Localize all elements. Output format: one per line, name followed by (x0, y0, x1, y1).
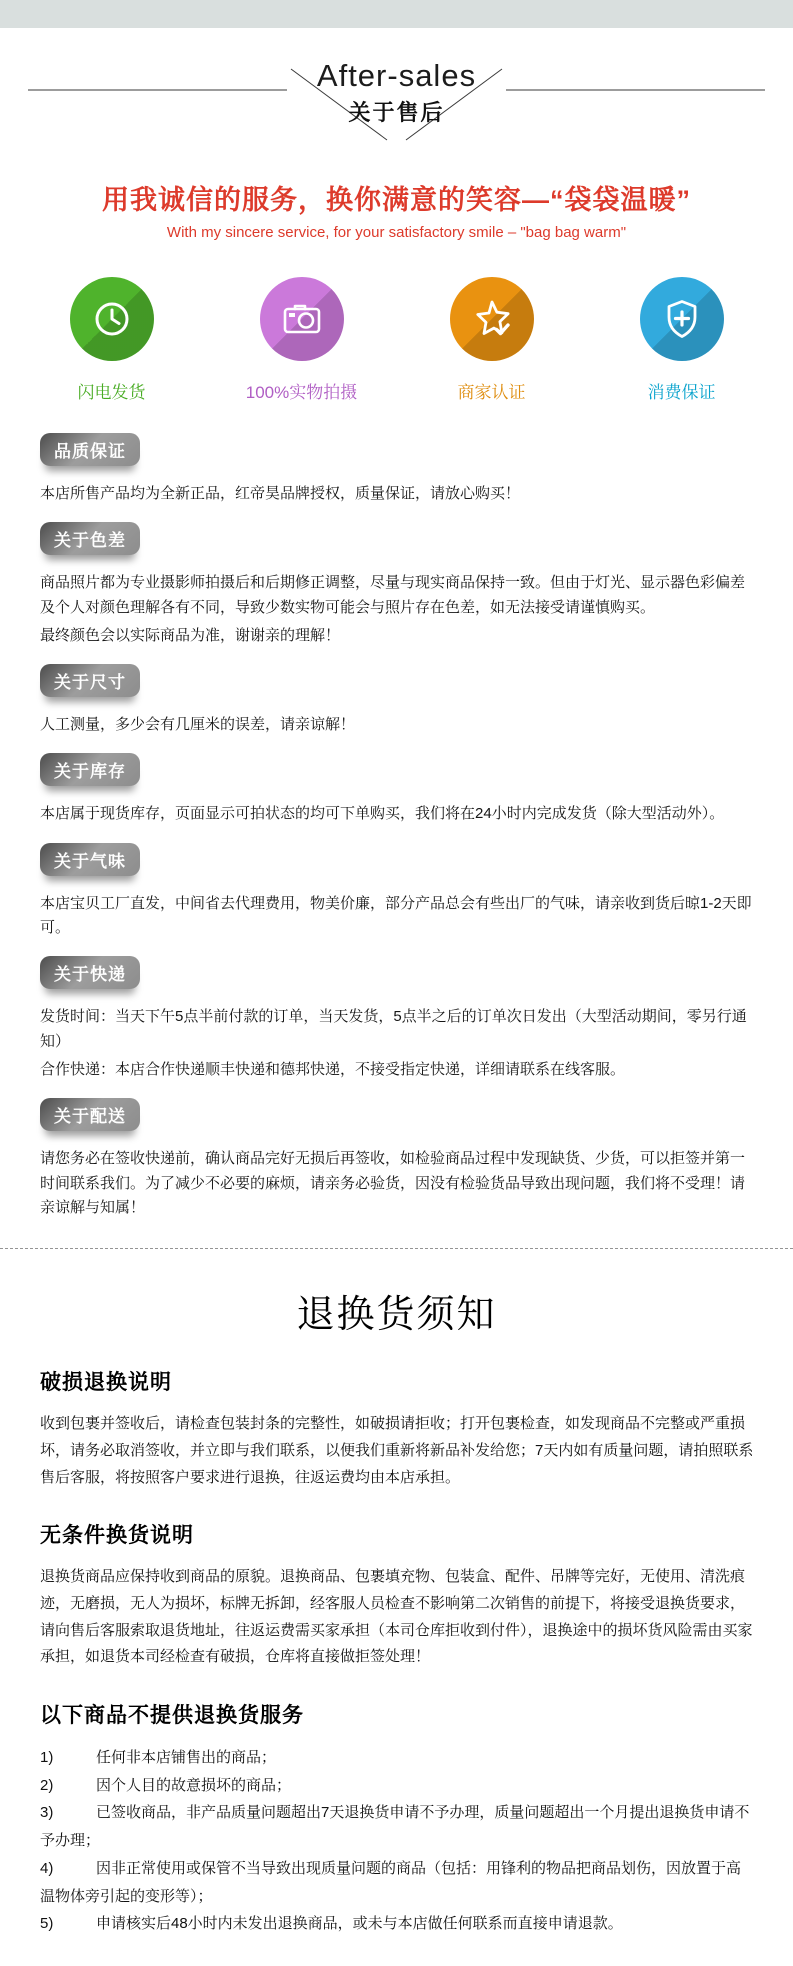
rule-text: 因个人目的故意损坏的商品； (96, 1777, 291, 1794)
hero-slogan: 用我诚信的服务，换你满意的笑容—“袋袋温暖” With my sincere s… (0, 178, 793, 241)
feature-label: 闪电发货 (78, 378, 146, 403)
header-title-zh: 关于售后 (0, 96, 793, 127)
policy-text: 商品照片都为专业摄影师拍摄后和后期修正调整，尽量与现实商品保持一致。但由于灯光、… (40, 571, 755, 620)
camera-icon (260, 277, 344, 361)
policy-text: 人工测量，多少会有几厘米的误差，请亲谅解！ (40, 713, 755, 737)
rule-text: 任何非本店铺售出的商品； (96, 1749, 276, 1766)
feature-circle (260, 277, 344, 361)
returns-title: 退换货须知 (0, 1283, 793, 1338)
policy-badge: 关于库存 (40, 753, 140, 786)
rule-text: 已签收商品，非产品质量问题超出7天退换货申请不予办理，质量问题超出一个月提出退换… (40, 1804, 749, 1849)
policy-text: 发货时间：当天下午5点半前付款的订单，当天发货，5点半之后的订单次日发出（大型活… (40, 1005, 755, 1054)
feature-label: 100%实物拍摄 (246, 378, 357, 403)
policy-text: 合作快递：本店合作快递顺丰快递和德邦快递，不接受指定快递，详细请联系在线客服。 (40, 1058, 755, 1082)
policy-section: 关于配送 请您务必在签收快递前，确认商品完好无损后再签收，如检验商品过程中发现缺… (40, 1098, 755, 1220)
policy-badge: 关于气味 (40, 843, 140, 876)
return-rule-item: 2)因个人目的故意损坏的商品； (40, 1772, 755, 1800)
return-rule-item: 5)申请核实后48小时内未发出退换商品，或未与本店做任何联系而直接申请退款。 (40, 1910, 755, 1938)
header-title-en: After-sales (0, 58, 793, 94)
rule-number: 1) (40, 1744, 96, 1772)
hero-subtitle: With my sincere service, for your satisf… (0, 224, 793, 241)
policy-text: 本店宝贝工厂直发，中间省去代理费用，物美价廉，部分产品总会有些出厂的气味，请亲收… (40, 892, 755, 941)
return-heading: 破损退换说明 (40, 1366, 755, 1396)
return-list: 1)任何非本店铺售出的商品； 2)因个人目的故意损坏的商品； 3)已签收商品，非… (40, 1744, 755, 1938)
policy-body: 商品照片都为专业摄影师拍摄后和后期修正调整，尽量与现实商品保持一致。但由于灯光、… (40, 571, 755, 648)
feature-item: 消费保证 (616, 277, 748, 403)
return-section: 无条件换货说明 退换货商品应保持收到商品的原貌。退换商品、包裹填充物、包装盒、配… (40, 1519, 755, 1671)
rule-number: 4) (40, 1855, 96, 1883)
policy-text: 最终颜色会以实际商品为准，谢谢亲的理解！ (40, 624, 755, 648)
policy-body: 本店属于现货库存，页面显示可拍状态的均可下单购买，我们将在24小时内完成发货（除… (40, 802, 755, 826)
policy-section: 关于库存 本店属于现货库存，页面显示可拍状态的均可下单购买，我们将在24小时内完… (40, 753, 755, 826)
return-section: 以下商品不提供退换货服务 1)任何非本店铺售出的商品； 2)因个人目的故意损坏的… (40, 1699, 755, 1938)
return-body: 收到包裹并签收后，请检查包装封条的完整性，如破损请拒收；打开包裹检查，如发现商品… (40, 1411, 755, 1491)
policy-section: 关于尺寸 人工测量，多少会有几厘米的误差，请亲谅解！ (40, 664, 755, 737)
policy-sections: 品质保证 本店所售产品均为全新正品，红帝昊品牌授权，质量保证，请放心购买！ 关于… (40, 433, 755, 1220)
return-body: 退换货商品应保持收到商品的原貌。退换商品、包裹填充物、包装盒、配件、吊牌等完好，… (40, 1564, 755, 1671)
policy-badge: 关于色差 (40, 522, 140, 555)
return-section: 破损退换说明 收到包裹并签收后，请检查包装封条的完整性，如破损请拒收；打开包裹检… (40, 1366, 755, 1491)
dashed-divider (0, 1248, 793, 1249)
feature-label: 商家认证 (458, 378, 526, 403)
policy-section: 关于快递 发货时间：当天下午5点半前付款的订单，当天发货，5点半之后的订单次日发… (40, 956, 755, 1082)
rule-text: 因非正常使用或保管不当导致出现质量问题的商品（包括：用锋利的物品把商品划伤，因放… (40, 1860, 741, 1905)
returns-sections: 破损退换说明 收到包裹并签收后，请检查包装封条的完整性，如破损请拒收；打开包裹检… (0, 1366, 793, 1938)
policy-badge: 关于配送 (40, 1098, 140, 1131)
feature-item: 100%实物拍摄 (236, 277, 368, 403)
policy-badge: 关于快递 (40, 956, 140, 989)
policy-body: 本店所售产品均为全新正品，红帝昊品牌授权，质量保证，请放心购买！ (40, 482, 755, 506)
policy-section: 关于气味 本店宝贝工厂直发，中间省去代理费用，物美价廉，部分产品总会有些出厂的气… (40, 843, 755, 941)
clock-icon (70, 277, 154, 361)
feature-circle (70, 277, 154, 361)
hero-title: 用我诚信的服务，换你满意的笑容—“袋袋温暖” (0, 178, 793, 217)
feature-item: 商家认证 (426, 277, 558, 403)
rule-number: 2) (40, 1772, 96, 1800)
top-bar (0, 0, 793, 28)
feature-row: 闪电发货 100%实物拍摄 商家认证 消费保证 (0, 277, 793, 403)
feature-circle (450, 277, 534, 361)
return-rule-item: 1)任何非本店铺售出的商品； (40, 1744, 755, 1772)
policy-body: 请您务必在签收快递前，确认商品完好无损后再签收，如检验商品过程中发现缺货、少货，… (40, 1147, 755, 1220)
policy-section: 品质保证 本店所售产品均为全新正品，红帝昊品牌授权，质量保证，请放心购买！ (40, 433, 755, 506)
return-rule-item: 4)因非正常使用或保管不当导致出现质量问题的商品（包括：用锋利的物品把商品划伤，… (40, 1855, 755, 1911)
shield-plus-icon (640, 277, 724, 361)
policy-text: 请您务必在签收快递前，确认商品完好无损后再签收，如检验商品过程中发现缺货、少货，… (40, 1147, 755, 1220)
feature-label: 消费保证 (648, 378, 716, 403)
feature-circle (640, 277, 724, 361)
after-sales-header: After-sales 关于售后 (0, 28, 793, 144)
return-heading: 以下商品不提供退换货服务 (40, 1699, 755, 1729)
policy-section: 关于色差 商品照片都为专业摄影师拍摄后和后期修正调整，尽量与现实商品保持一致。但… (40, 522, 755, 648)
policy-body: 发货时间：当天下午5点半前付款的订单，当天发货，5点半之后的订单次日发出（大型活… (40, 1005, 755, 1082)
rule-text: 申请核实后48小时内未发出退换商品，或未与本店做任何联系而直接申请退款。 (96, 1915, 623, 1932)
policy-text: 本店所售产品均为全新正品，红帝昊品牌授权，质量保证，请放心购买！ (40, 482, 755, 506)
return-rule-item: 3)已签收商品，非产品质量问题超出7天退换货申请不予办理，质量问题超出一个月提出… (40, 1799, 755, 1855)
policy-body: 本店宝贝工厂直发，中间省去代理费用，物美价廉，部分产品总会有些出厂的气味，请亲收… (40, 892, 755, 941)
rule-number: 3) (40, 1799, 96, 1827)
feature-item: 闪电发货 (46, 277, 178, 403)
policy-body: 人工测量，多少会有几厘米的误差，请亲谅解！ (40, 713, 755, 737)
return-heading: 无条件换货说明 (40, 1519, 755, 1549)
star-check-icon (450, 277, 534, 361)
rule-number: 5) (40, 1910, 96, 1938)
policy-badge: 品质保证 (40, 433, 140, 466)
policy-text: 本店属于现货库存，页面显示可拍状态的均可下单购买，我们将在24小时内完成发货（除… (40, 802, 755, 826)
policy-badge: 关于尺寸 (40, 664, 140, 697)
